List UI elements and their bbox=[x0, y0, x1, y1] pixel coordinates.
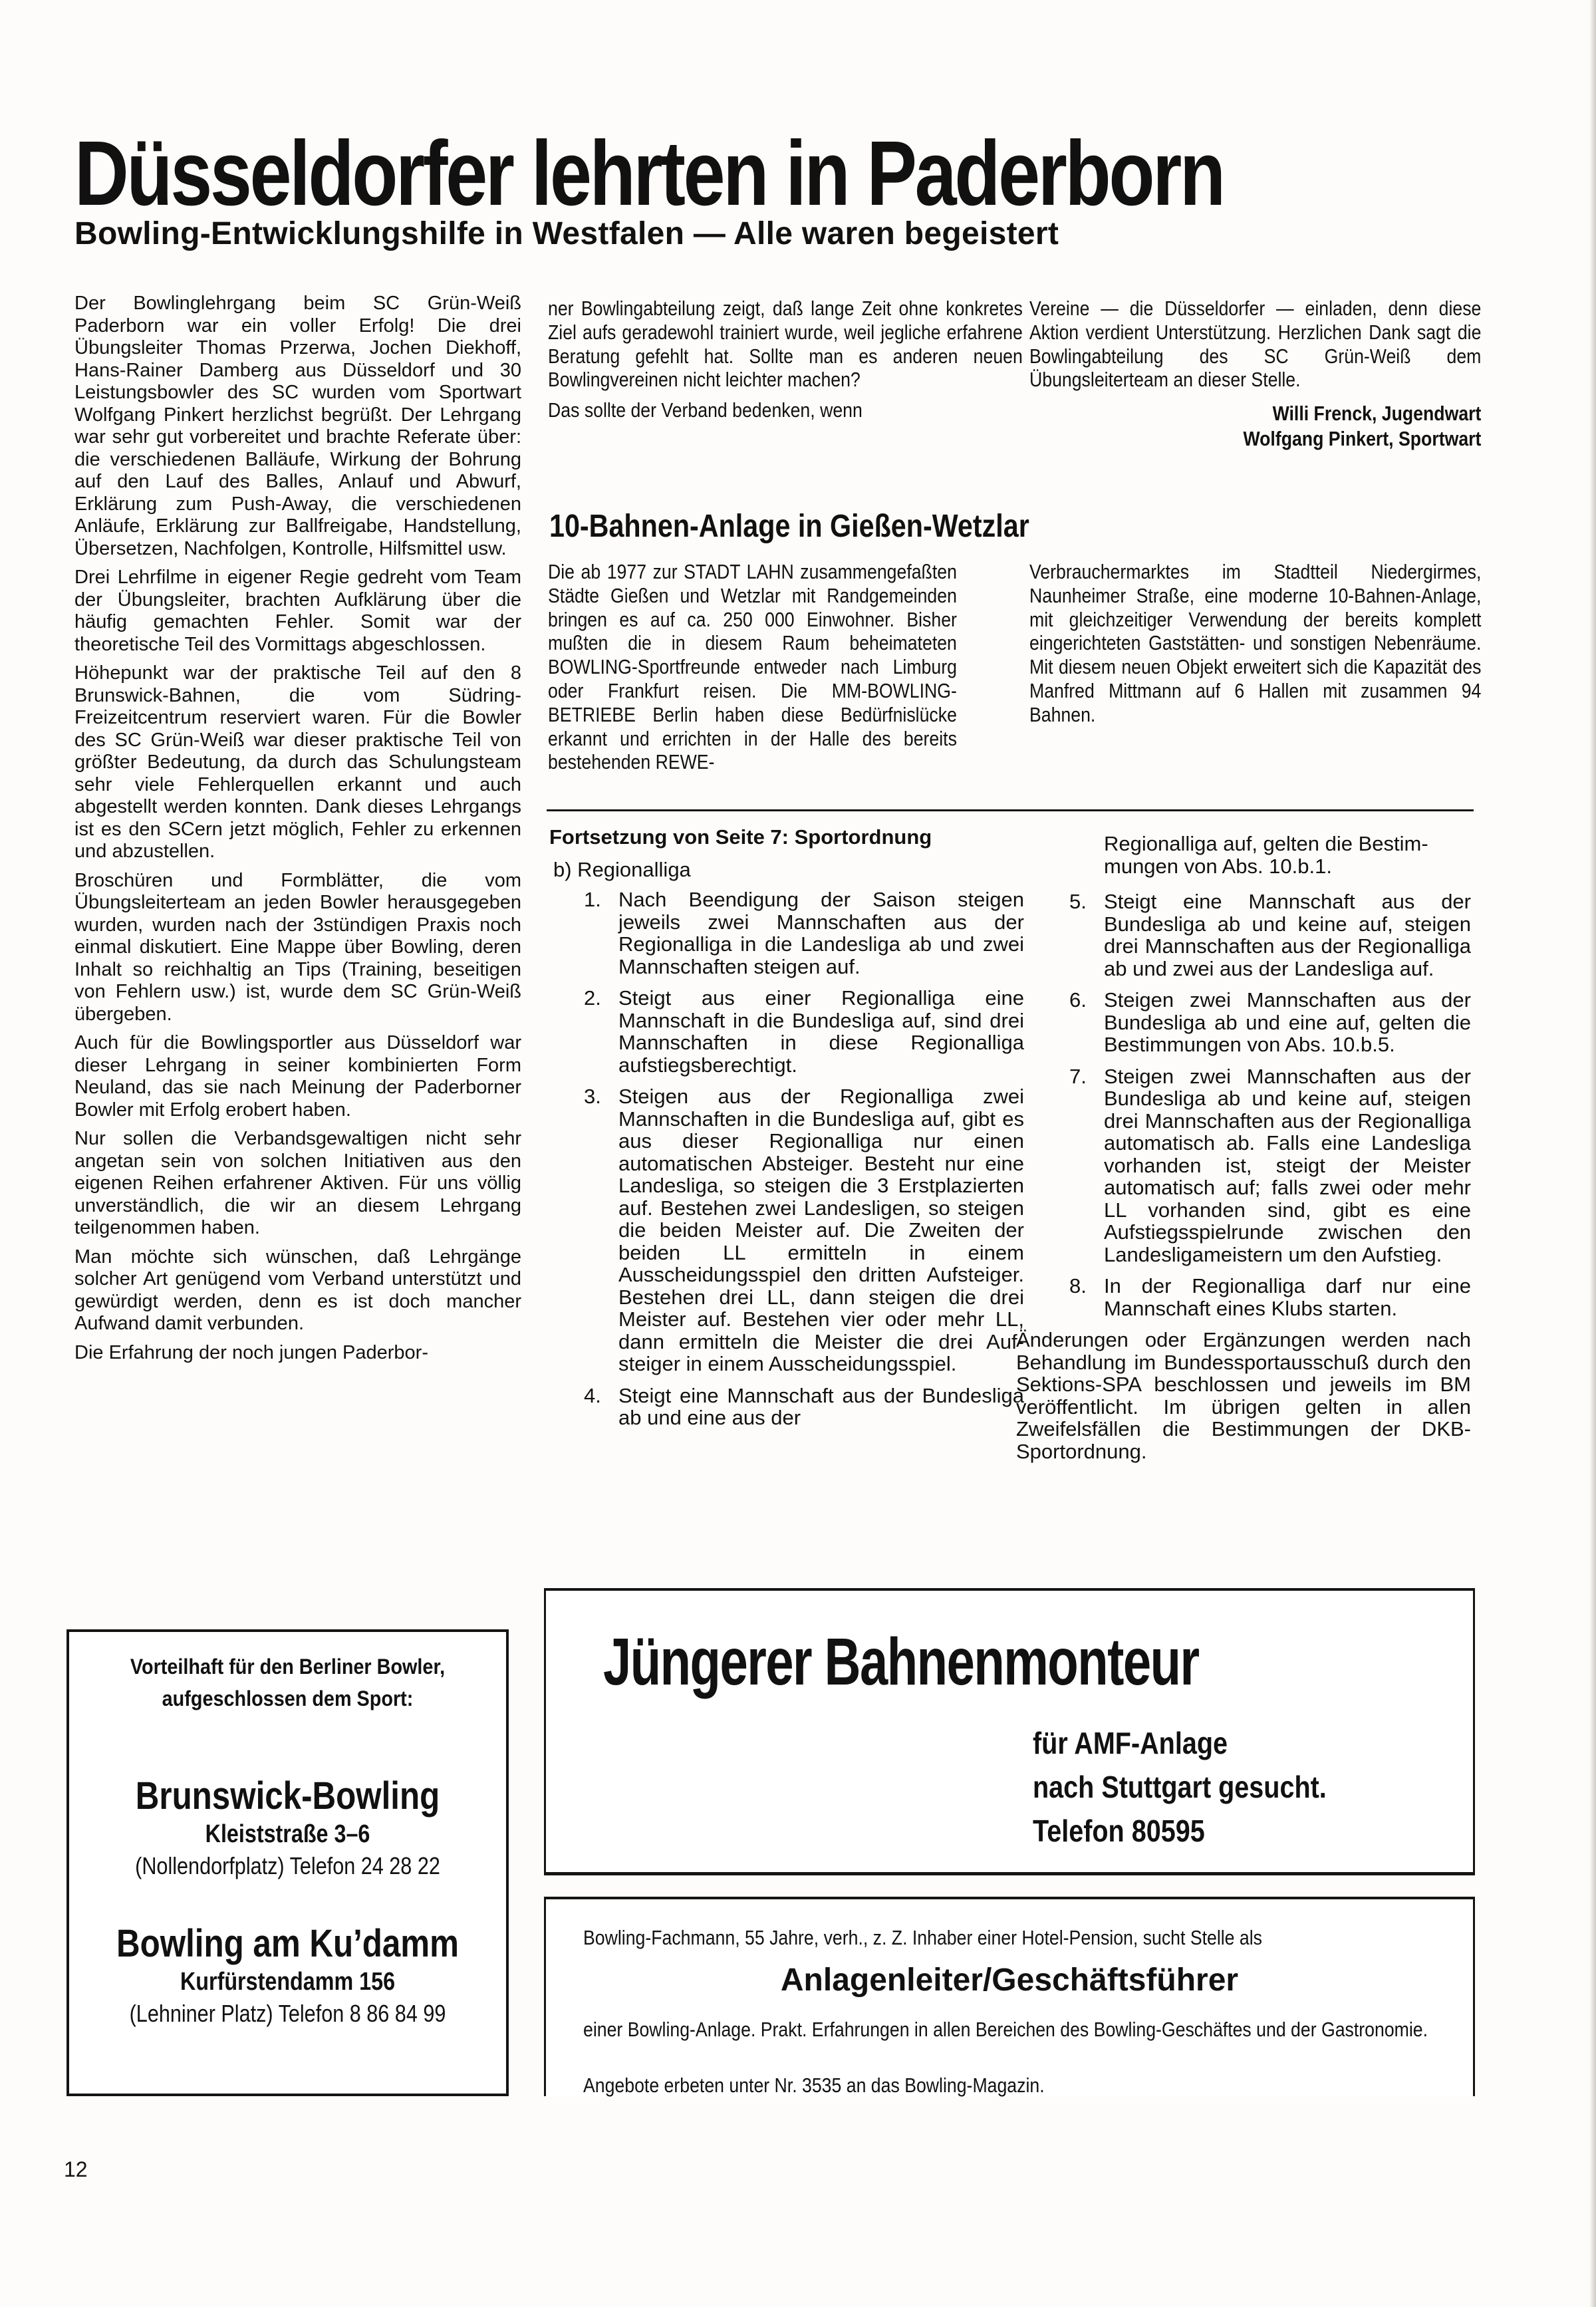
paragraph: Drei Lehrfilme in eigener Regie gedreht … bbox=[74, 567, 521, 656]
rule-item: 1.Nach Beendigung der Saison stei­gen je… bbox=[571, 888, 1024, 978]
ad-seeking-description: einer Bowling-Anlage. Prakt. Erfahrungen… bbox=[583, 2018, 1447, 2042]
signature-2: Wolfgang Pinkert, Sportwart bbox=[1029, 426, 1481, 452]
ad-berlin-bowling: Vorteilhaft für den Berliner Bowler, auf… bbox=[66, 1629, 509, 2096]
rule-item: 4.Steigt eine Mannschaft aus der Bundesl… bbox=[571, 1385, 1024, 1429]
paragraph: Vereine — die Düsseldorfer — einladen, d… bbox=[1029, 297, 1481, 392]
ad-intro-line-2: aufgeschlossen dem Sport: bbox=[91, 1683, 484, 1714]
rule-item: 6.Steigen zwei Mannschaften aus der Bund… bbox=[1056, 989, 1471, 1056]
article-column-3: Vereine — die Düsseldorfer — einladen, d… bbox=[1029, 297, 1581, 452]
signature-1: Willi Frenck, Jugendwart bbox=[1029, 401, 1481, 426]
venue-2-address: Kurfürstendamm 156 bbox=[102, 1966, 473, 1998]
article-column-1: Der Bowlinglehrgang beim SC Grün-Weiß Pa… bbox=[74, 293, 521, 1371]
paragraph: Das sollte der Verband bedenken, wenn bbox=[548, 398, 1023, 422]
ad-job-line-2: nach Stuttgart gesucht. bbox=[1033, 1765, 1327, 1809]
ad-seeking-title: Anlagenleiter/Geschäftsführer bbox=[546, 1961, 1473, 2000]
sportordnung-title: Fortsetzung von Seite 7: Sportordnung bbox=[549, 825, 932, 850]
rule-item: 8.In der Regionalliga darf nur eine Mann… bbox=[1056, 1275, 1471, 1319]
rule-item: 7.Steigen zwei Mannschaften aus der Bund… bbox=[1056, 1065, 1471, 1266]
rule-item: 2.Steigt aus einer Regionalliga eine Man… bbox=[571, 987, 1024, 1076]
rule-item: 5.Steigt eine Mannschaft aus der Bundesl… bbox=[1056, 890, 1471, 980]
paragraph: Broschüren und Formblätter, die vom Übun… bbox=[74, 870, 521, 1026]
ad-seeking-contact: Angebote erbeten unter Nr. 3535 an das B… bbox=[583, 2074, 1045, 2098]
article-subheadline: Bowling-Entwicklungshilfe in Westfalen —… bbox=[74, 214, 1059, 254]
paragraph: Die Erfahrung der noch jungen Paderbor- bbox=[74, 1342, 521, 1365]
lahn-column-1: Die ab 1977 zur STADT LAHN zusammenge­fa… bbox=[548, 560, 1023, 781]
paragraph: Verbrauchermarktes im Stadtteil Niedergi… bbox=[1029, 560, 1481, 727]
sportordnung-closing: Änderungen oder Ergänzungen werden nach … bbox=[1016, 1329, 1471, 1462]
ad-seeking-intro: Bowling-Fachmann, 55 Jahre, verh., z. Z.… bbox=[583, 1925, 1262, 1951]
paragraph: Die ab 1977 zur STADT LAHN zusammenge­fa… bbox=[548, 560, 957, 774]
sportordnung-section: b) Regionalliga bbox=[553, 858, 691, 882]
lahn-column-2: Verbrauchermarktes im Stadtteil Niedergi… bbox=[1029, 560, 1581, 734]
page-edge-shadow bbox=[1589, 0, 1596, 2307]
rule-item-continuation: Regionalliga auf, gelten die Bestim­mung… bbox=[1056, 833, 1471, 877]
ad-job-title: Jüngerer Bahnenmonteur bbox=[603, 1625, 1199, 1698]
lahn-headline: 10-Bahnen-Anlage in Gießen-Wetzlar bbox=[549, 508, 1029, 545]
paragraph: Der Bowlinglehrgang beim SC Grün-Weiß Pa… bbox=[74, 293, 521, 560]
venue-1-name: Brunswick-Bowling bbox=[102, 1774, 473, 1818]
ad-job-line-1: für AMF-Anlage bbox=[1033, 1721, 1327, 1765]
ad-intro-line-1: Vorteilhaft für den Berliner Bowler, bbox=[91, 1651, 484, 1683]
article-headline: Düsseldorfer lehrten in Paderborn bbox=[74, 124, 1056, 223]
section-divider bbox=[547, 809, 1474, 811]
sportordnung-column-2: Regionalliga auf, gelten die Bestim­mung… bbox=[1056, 833, 1471, 1462]
ad-job-details: für AMF-Anlage nach Stuttgart gesucht. T… bbox=[1033, 1721, 1327, 1853]
paragraph: Höhepunkt war der praktische Teil auf de… bbox=[74, 662, 521, 863]
paragraph: Man möchte sich wünschen, daß Lehr­gänge… bbox=[74, 1246, 521, 1335]
venue-2-name: Bowling am Ku’damm bbox=[102, 1922, 473, 1966]
rule-item: 3.Steigen aus der Regionalliga zwei Mann… bbox=[571, 1085, 1024, 1375]
venue-2-phone: (Lehniner Platz) Telefon 8 86 84 99 bbox=[102, 1998, 473, 2030]
ad-job-offer: Jüngerer Bahnenmonteur für AMF-Anlage na… bbox=[544, 1588, 1475, 1875]
page-number: 12 bbox=[64, 2157, 88, 2181]
venue-1-address: Kleiststraße 3–6 bbox=[102, 1818, 473, 1850]
article-column-2: ner Bowlingabteilung zeigt, daß lange Ze… bbox=[548, 297, 1023, 429]
ad-job-seeking: Bowling-Fachmann, 55 Jahre, verh., z. Z.… bbox=[544, 1897, 1475, 2096]
paragraph: Auch für die Bowlingsportler aus Düssel­… bbox=[74, 1032, 521, 1121]
venue-1-phone: (Nollendorfplatz) Telefon 24 28 22 bbox=[102, 1850, 473, 1882]
sportordnung-column-1: 1.Nach Beendigung der Saison stei­gen je… bbox=[571, 888, 1024, 1438]
paragraph: ner Bowlingabteilung zeigt, daß lange Ze… bbox=[548, 297, 1023, 392]
ad-job-phone: Telefon 80595 bbox=[1033, 1809, 1327, 1853]
paragraph: Nur sollen die Verbandsgewaltigen nicht … bbox=[74, 1128, 521, 1240]
